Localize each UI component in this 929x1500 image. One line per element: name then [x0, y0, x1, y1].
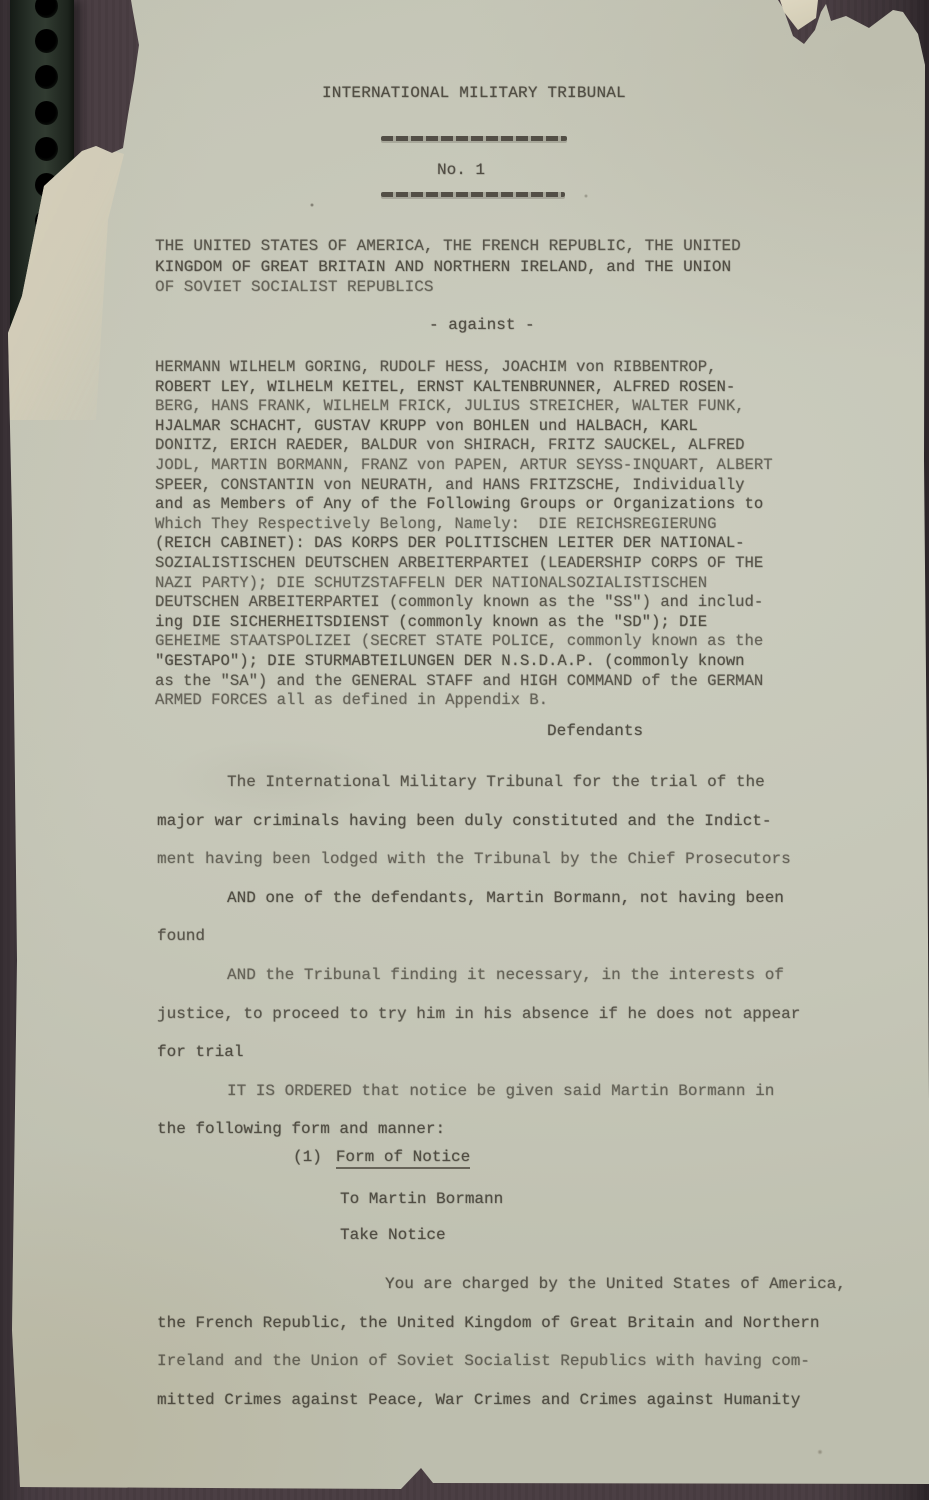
text-line: OF SOVIET SOCIALIST REPUBLICS — [155, 277, 741, 298]
text-line: ROBERT LEY, WILHELM KEITEL, ERNST KALTEN… — [155, 378, 773, 398]
text-line: You are charged by the United States of … — [157, 1265, 846, 1304]
text-line: major war criminals having been duly con… — [157, 802, 800, 841]
parties-block: THE UNITED STATES OF AMERICA, THE FRENCH… — [155, 236, 741, 298]
text-line: mitted Crimes against Peace, War Crimes … — [157, 1381, 846, 1420]
order-body-block: The International Military Tribunal for … — [157, 763, 800, 1149]
text-line: JODL, MARTIN BORMANN, FRANZ von PAPEN, A… — [155, 456, 773, 476]
text-line: Which They Respectively Belong, Namely: … — [155, 515, 773, 535]
text-line: NAZI PARTY); DIE SCHUTZSTAFFELN DER NATI… — [155, 574, 773, 594]
text-line: the following form and manner: — [157, 1110, 800, 1149]
defendants-list-block: HERMANN WILHELM GORING, RUDOLF HESS, JOA… — [155, 358, 773, 711]
text-line: SPEER, CONSTANTIN von NEURATH, and HANS … — [155, 476, 773, 496]
text-line: SOZIALISTISCHEN DEUTSCHEN ARBEITERPARTEI… — [155, 554, 773, 574]
text-line: the French Republic, the United Kingdom … — [157, 1304, 846, 1343]
text-line: found — [157, 917, 800, 956]
photo-backdrop: INTERNATIONAL MILITARY TRIBUNAL No. 1 TH… — [0, 0, 929, 1500]
text-line: AND one of the defendants, Martin Borman… — [157, 879, 800, 918]
against-line: - against - — [429, 316, 535, 334]
divider-rule — [381, 192, 565, 197]
divider-rule — [381, 136, 567, 141]
text-line: justice, to proceed to try him in his ab… — [157, 995, 800, 1034]
text-line: "GESTAPO"); DIE STURMABTEILUNGEN DER N.S… — [155, 652, 773, 672]
notice-item-number: (1) — [293, 1148, 322, 1166]
text-line: IT IS ORDERED that notice be given said … — [157, 1072, 800, 1111]
text-line: HJALMAR SCHACHT, GUSTAV KRUPP von BOHLEN… — [155, 417, 773, 437]
binder-hole-icon — [35, 29, 58, 53]
text-line: HERMANN WILHELM GORING, RUDOLF HESS, JOA… — [155, 358, 773, 378]
text-line: DEUTSCHEN ARBEITERPARTEI (commonly known… — [155, 593, 773, 613]
text-line: AND the Tribunal finding it necessary, i… — [157, 956, 800, 995]
case-number: No. 1 — [437, 161, 485, 179]
text-line: and as Members of Any of the Following G… — [155, 495, 773, 515]
text-line: ment having been lodged with the Tribuna… — [157, 840, 800, 879]
text-line: DONITZ, ERICH RAEDER, BALDUR von SHIRACH… — [155, 436, 773, 456]
text-line: ing DIE SICHERHEITSDIENST (commonly know… — [155, 613, 773, 633]
text-line: Ireland and the Union of Soviet Socialis… — [157, 1342, 846, 1381]
binder-hole-icon — [35, 101, 58, 125]
defendants-label: Defendants — [547, 722, 643, 740]
text-line: BERG, HANS FRANK, WILHELM FRICK, JULIUS … — [155, 397, 773, 417]
text-line: The International Military Tribunal for … — [157, 763, 800, 802]
take-notice-line: Take Notice — [340, 1226, 446, 1244]
page-title: INTERNATIONAL MILITARY TRIBUNAL — [322, 84, 626, 102]
notice-item-title: Form of Notice — [336, 1148, 470, 1169]
document-page: INTERNATIONAL MILITARY TRIBUNAL No. 1 TH… — [0, 0, 929, 1500]
text-line: as the "SA") and the GENERAL STAFF and H… — [155, 672, 773, 692]
binder-hole-icon — [35, 65, 58, 89]
text-line: THE UNITED STATES OF AMERICA, THE FRENCH… — [155, 236, 741, 257]
binder-hole-icon — [35, 0, 58, 18]
charge-paragraph-block: You are charged by the United States of … — [157, 1265, 846, 1419]
notice-heading: (1)Form of Notice — [293, 1148, 470, 1166]
text-line: KINGDOM OF GREAT BRITAIN AND NORTHERN IR… — [155, 257, 741, 278]
text-line: (REICH CABINET): DAS KORPS DER POLITISCH… — [155, 534, 773, 554]
binder-hole-icon — [35, 137, 58, 161]
text-line: ARMED FORCES all as defined in Appendix … — [155, 691, 773, 711]
notice-addressee: To Martin Bormann — [340, 1190, 503, 1208]
text-line: GEHEIME STAATSPOLIZEI (SECRET STATE POLI… — [155, 632, 773, 652]
text-line: for trial — [157, 1033, 800, 1072]
